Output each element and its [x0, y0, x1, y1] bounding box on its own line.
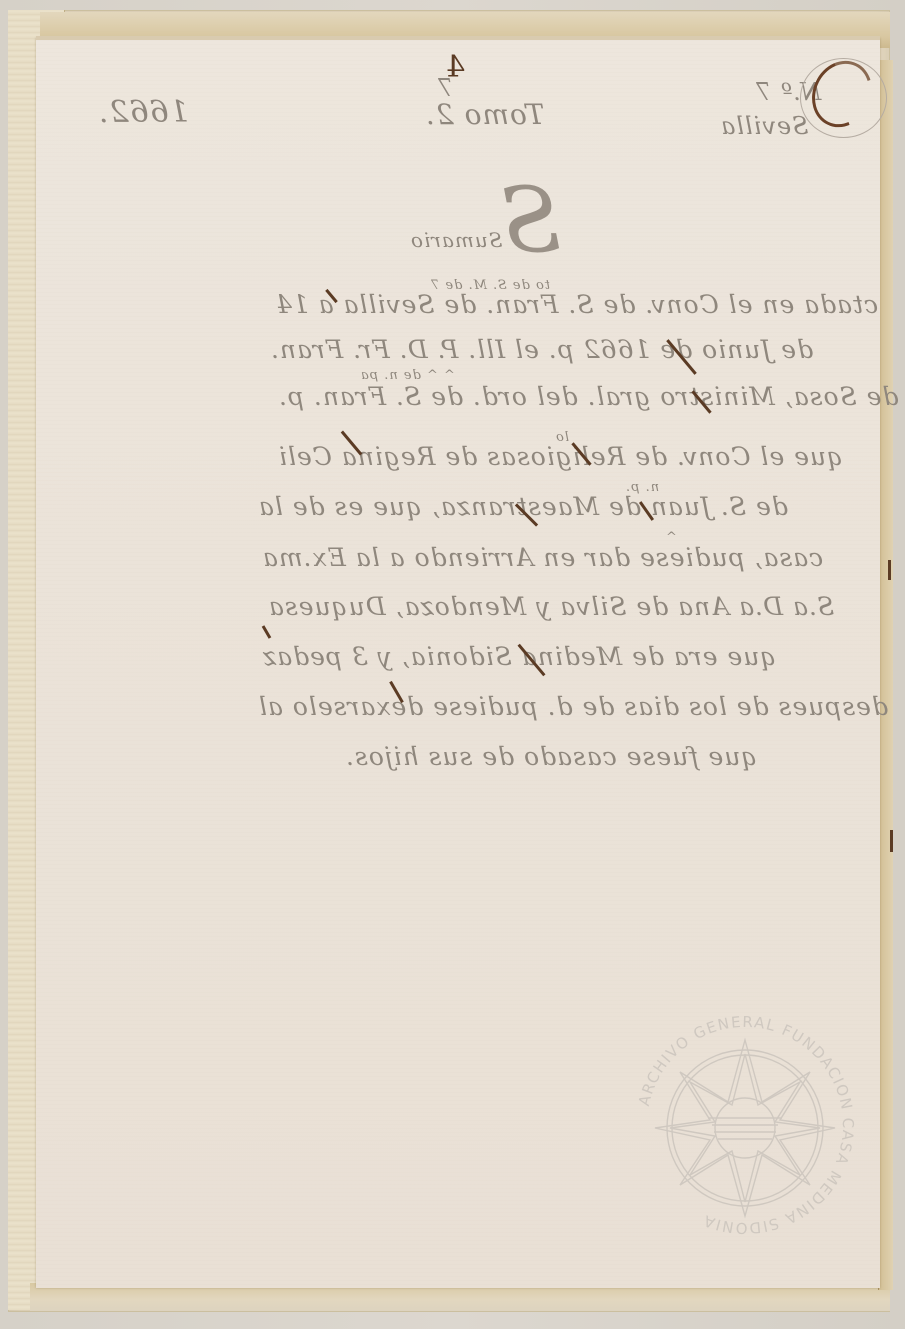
title-word: Sumario [410, 228, 502, 252]
line-9: despues de los dias de d. pudiese dexars… [258, 692, 888, 721]
line-6: casa, pudiese dar en Arriendo a la Ex.ma [262, 543, 823, 572]
line-10: que fuese casado de sus hijos. [345, 742, 757, 771]
header-volume-mark: 7 [437, 74, 453, 102]
archive-seal-watermark: ARCHIVO GENERAL FUNDACION CASA MEDINA SI… [630, 1010, 860, 1240]
line-7: S.a D.a Ana de Silva y Mendoza, Duquesa [268, 592, 834, 621]
line-1: ctada en el Conv. de S. Fran. de Sevilla… [275, 290, 878, 319]
page-torn-edge [36, 36, 880, 40]
title-initial: S [500, 168, 562, 273]
binding-mark [890, 830, 893, 852]
binding-mark [888, 560, 891, 580]
line-5: de S. Juan de Maestranza, que es de la [258, 492, 788, 521]
line-2: de Junio de 1662 p. el Ill. P. D. Fr. Fr… [270, 335, 813, 364]
line-3: de Sosa, Ministro gral. del ord. de S. F… [278, 382, 898, 411]
header-year: 1662. [98, 95, 189, 130]
binding-strip-right [878, 60, 893, 1290]
line-3-superscript: ^ ^ de n. pa [360, 368, 455, 383]
line-4: que el Conv. de Religiosas de Regina Cel… [278, 442, 843, 471]
header-place: Sevilla [720, 112, 809, 140]
header-volume: Tomo 2. [425, 98, 544, 131]
